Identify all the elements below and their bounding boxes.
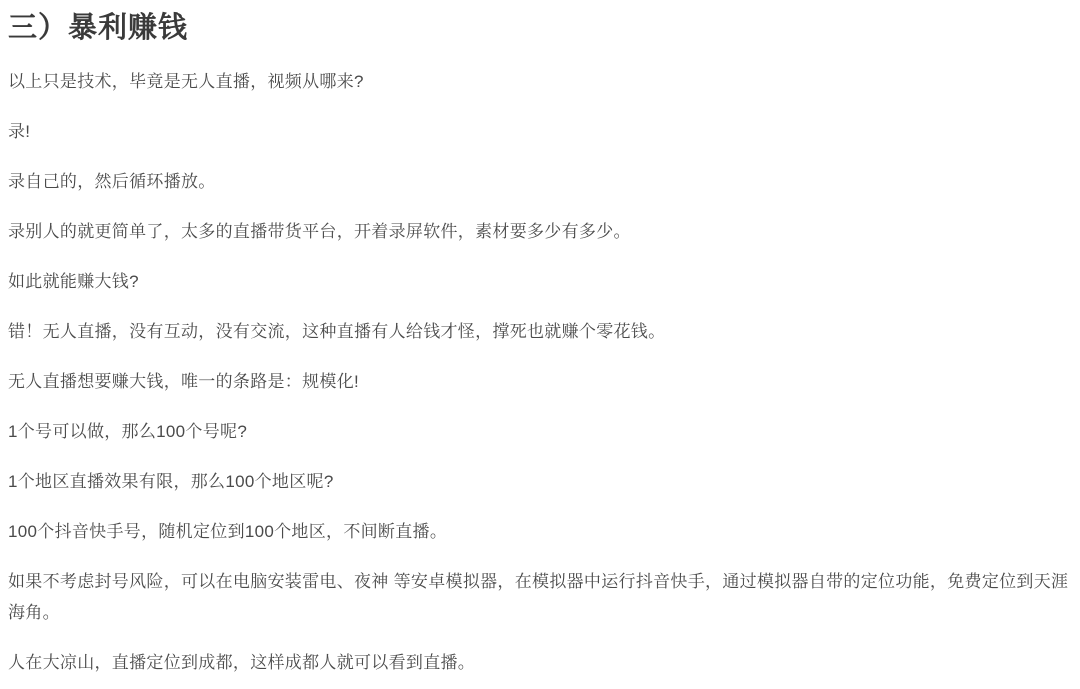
paragraph-list: 以上只是技术，毕竟是无人直播，视频从哪来?录!录自己的，然后循环播放。录别人的就…	[8, 66, 1070, 678]
article: 三）暴利赚钱 以上只是技术，毕竟是无人直播，视频从哪来?录!录自己的，然后循环播…	[0, 0, 1080, 678]
paragraph: 录别人的就更简单了，太多的直播带货平台，开着录屏软件，素材要多少有多少。	[8, 216, 1070, 247]
page: 三）暴利赚钱 以上只是技术，毕竟是无人直播，视频从哪来?录!录自己的，然后循环播…	[0, 0, 1080, 689]
paragraph: 1个号可以做，那么100个号呢?	[8, 416, 1070, 447]
paragraph: 人在大凉山，直播定位到成都，这样成都人就可以看到直播。	[8, 647, 1070, 678]
paragraph: 以上只是技术，毕竟是无人直播，视频从哪来?	[8, 66, 1070, 97]
paragraph: 1个地区直播效果有限，那么100个地区呢?	[8, 466, 1070, 497]
paragraph: 如此就能赚大钱?	[8, 266, 1070, 297]
page-title: 三）暴利赚钱	[8, 8, 1070, 48]
paragraph: 录自己的，然后循环播放。	[8, 166, 1070, 197]
paragraph: 录!	[8, 116, 1070, 147]
paragraph: 如果不考虑封号风险，可以在电脑安装雷电、夜神 等安卓模拟器，在模拟器中运行抖音快…	[8, 566, 1070, 628]
paragraph: 错！无人直播，没有互动，没有交流，这种直播有人给钱才怪，撑死也就赚个零花钱。	[8, 316, 1070, 347]
paragraph: 100个抖音快手号，随机定位到100个地区，不间断直播。	[8, 516, 1070, 547]
paragraph: 无人直播想要赚大钱，唯一的条路是：规模化!	[8, 366, 1070, 397]
